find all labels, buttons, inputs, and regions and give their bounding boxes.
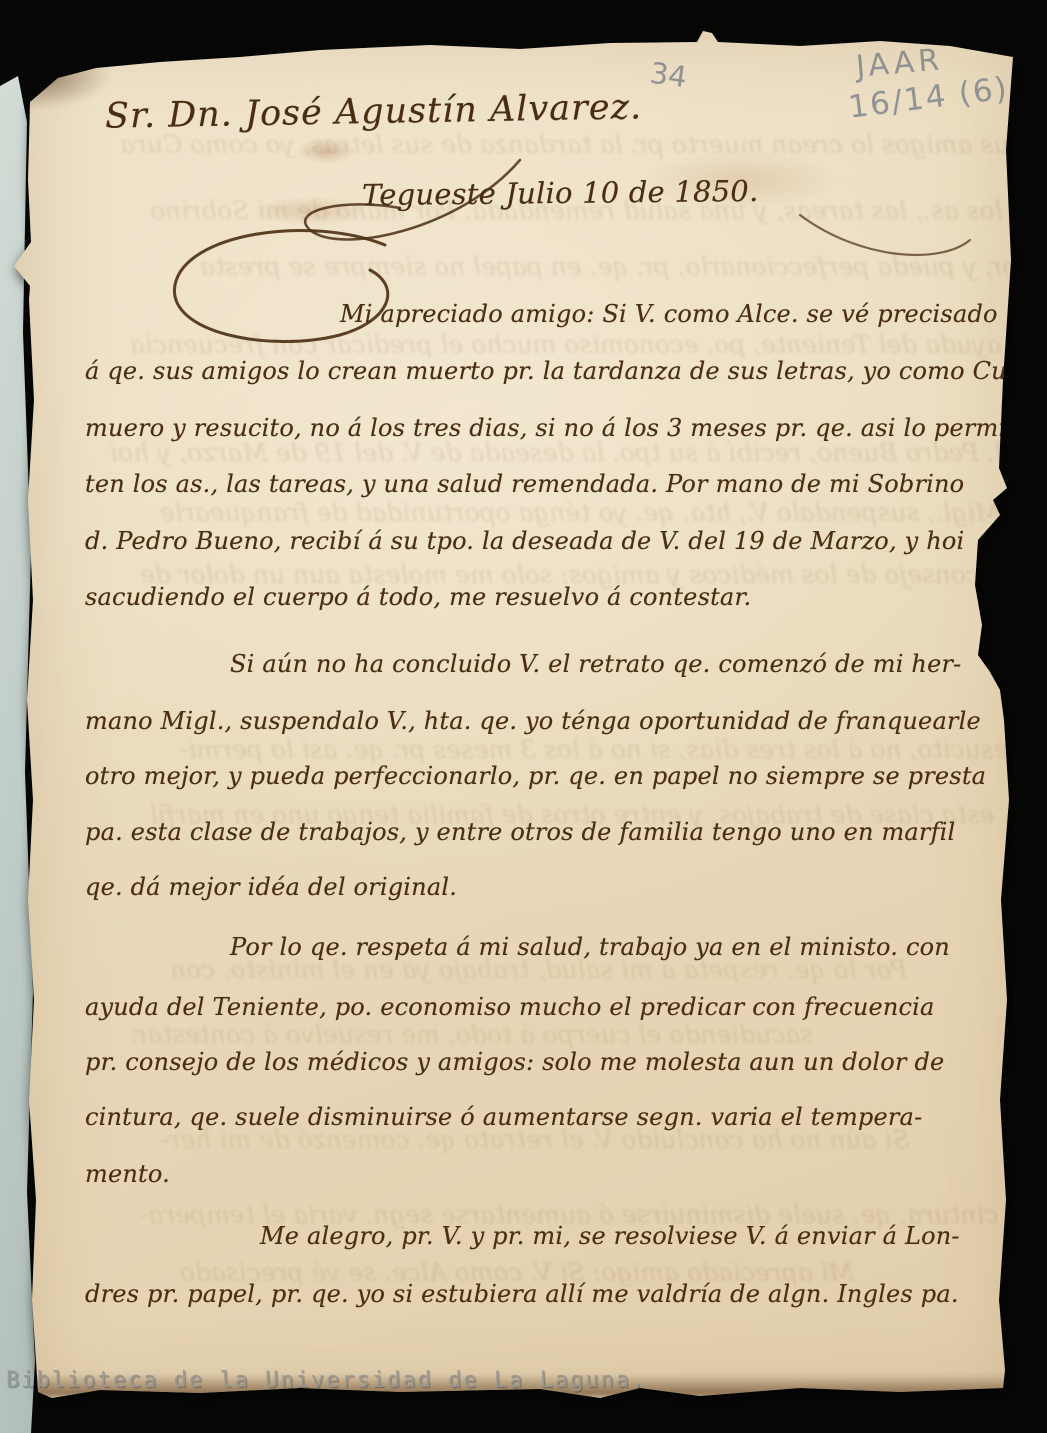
manuscript-line: pa. esta clase de trabajos, y entre otro… [85, 818, 955, 846]
pencil-page-number: 34 [648, 56, 689, 95]
letter-sheet-wrap: á qe. sus amigos lo crean muerto pr. la … [0, 0, 1047, 1433]
manuscript-line: Si aún no ha concluido V. el retrato qe.… [230, 650, 961, 678]
manuscript-line: ten los as., las tareas, y una salud rem… [85, 470, 964, 498]
paper-edge-burn [22, 60, 112, 110]
dateline: Tegueste Julio 10 de 1850. [362, 174, 759, 212]
bleedthrough-line: muero y resucito, no á los tres dias, si… [180, 735, 1047, 764]
bleedthrough-line: otro mejor, y pueda perfeccionarlo, pr. … [200, 252, 1047, 281]
pencil-archive-reference: JAAR [855, 42, 945, 84]
bleedthrough-line: d. Pedro Bueno, recibí á su tpo. la dese… [110, 438, 1011, 467]
manuscript-line: Por lo qe. respeta á mi salud, trabajo y… [230, 933, 950, 961]
manuscript-line: otro mejor, y pueda perfeccionarlo, pr. … [85, 762, 986, 790]
letter-sheet: á qe. sus amigos lo crean muerto pr. la … [0, 0, 1047, 1433]
manuscript-line: cintura, qe. suele disminuirse ó aumenta… [85, 1103, 922, 1131]
bleedthrough-line: sacudiendo el cuerpo á todo, me resuelvo… [130, 1020, 813, 1049]
manuscript-line: muero y resucito, no á los tres dias, si… [85, 414, 1015, 442]
manuscript-line: d. Pedro Bueno, recibí á su tpo. la dese… [85, 527, 964, 555]
bleedthrough-line: á qe. sus amigos lo crean muerto pr. la … [120, 130, 1047, 159]
manuscript-line: ayuda del Teniente, po. economiso mucho … [85, 993, 935, 1021]
bleedthrough-line: mano Migl., suspendalo V., hta. qe. yo t… [160, 498, 1047, 527]
library-watermark: Biblioteca de la Universidad de La Lagun… [6, 1368, 646, 1393]
manuscript-line: pr. consejo de los médicos y amigos: sol… [85, 1048, 944, 1076]
manuscript-line: dres pr. papel, pr. qe. yo si estubiera … [85, 1280, 959, 1308]
manuscript-line: mano Migl., suspendalo V., hta. qe. yo t… [85, 707, 981, 735]
manuscript-line: mento. [85, 1160, 170, 1188]
manuscript-line: Mi apreciado amigo: Si V. como Alce. se … [340, 300, 998, 328]
manuscript-line: Me alegro, pr. V. y pr. mi, se resolvies… [260, 1222, 960, 1250]
manuscript-line: qe. dá mejor idéa del original. [85, 873, 457, 901]
manuscript-line: sacudiendo el cuerpo á todo, me resuelvo… [85, 583, 751, 611]
manuscript-line: á qe. sus amigos lo crean muerto pr. la … [85, 357, 1033, 385]
bleedthrough-line: ayuda del Teniente, po. economiso mucho … [130, 330, 1001, 359]
